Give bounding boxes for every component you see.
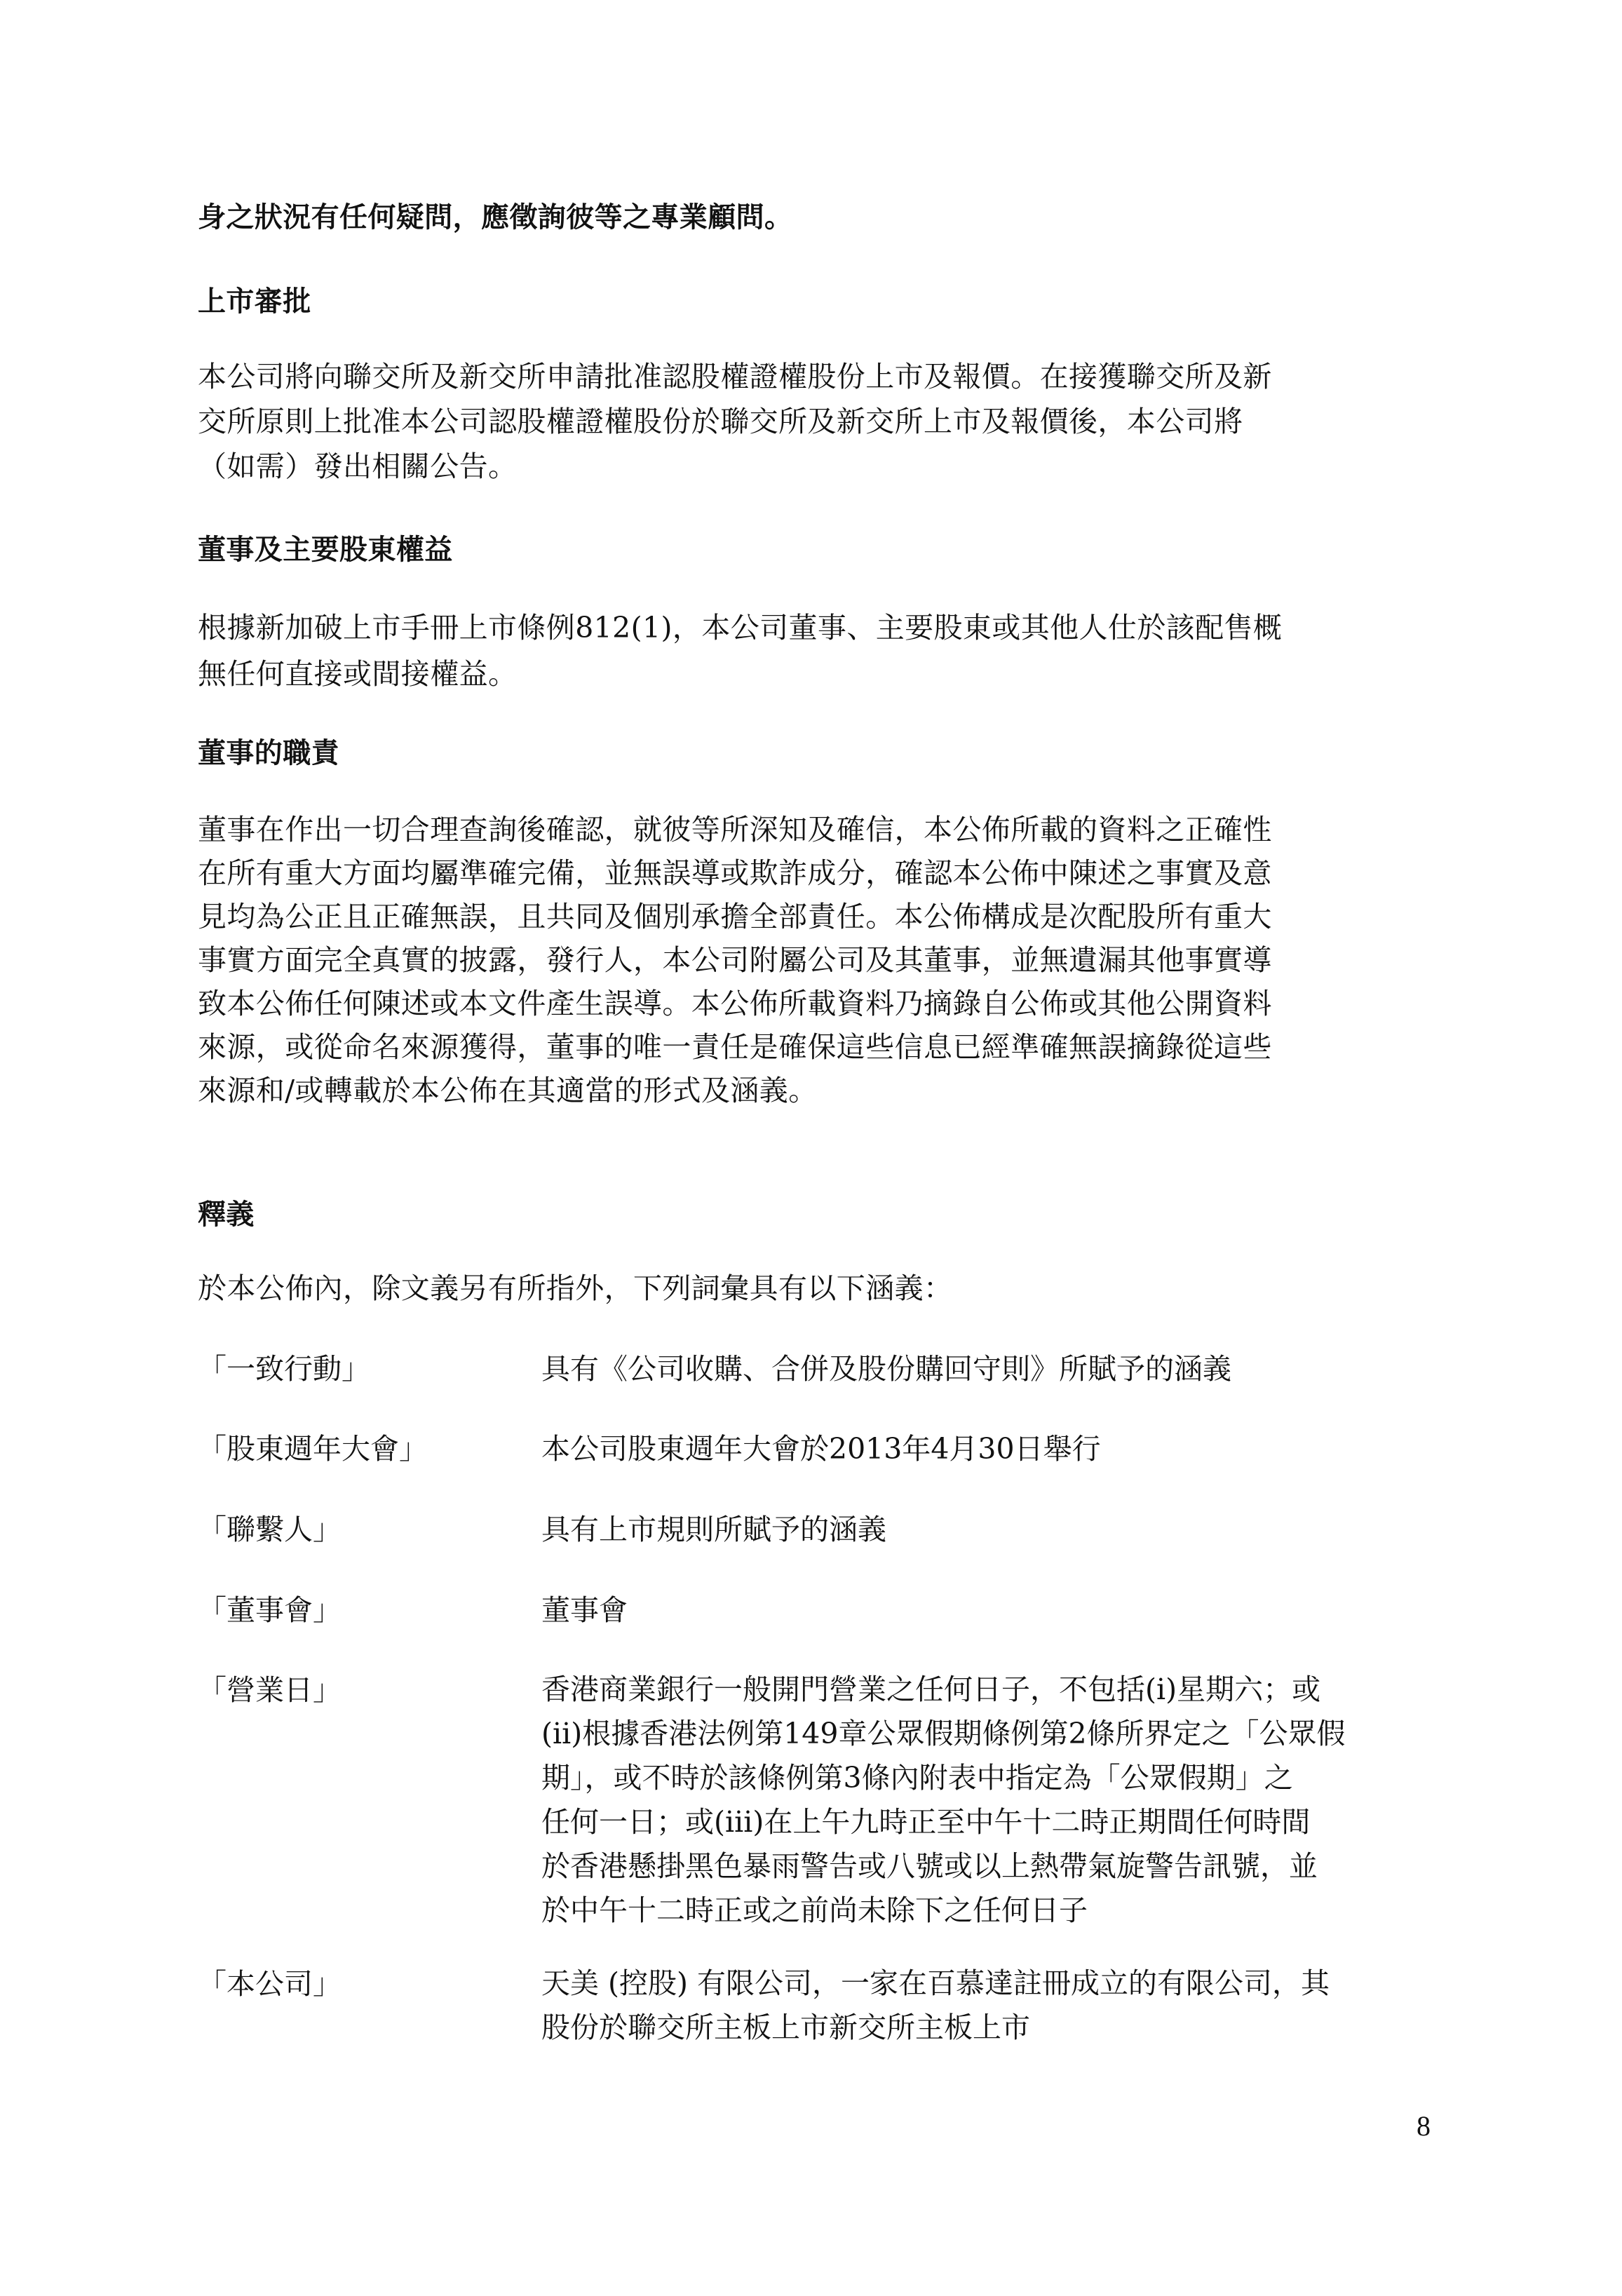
definition-line: 董事會: [541, 1588, 1431, 1633]
definition-term: 「股東週年大會」: [198, 1426, 520, 1472]
paragraph-line: 董事在作出一切合理查詢後確認，就彼等所深知及確信，本公佈所載的資料之正確性: [198, 808, 1432, 851]
definition-line: 香港商業銀行一般開門營業之任何日子，不包括(i)星期六；或: [541, 1668, 1431, 1712]
paragraph-line: 無任何直接或間接權益。: [198, 651, 1432, 697]
definition-line: 股份於聯交所主板上市新交所主板上市: [541, 2006, 1431, 2050]
paragraph-line: 見均為公正且正確無誤，且共同及個別承擔全部責任。本公佈構成是次配股所有重大: [198, 895, 1432, 938]
section-body-director-interests: 根據新加破上市手冊上市條例812(1)，本公司董事、主要股東或其他人仕於該配售概…: [198, 605, 1432, 697]
page-number: 8: [1410, 2105, 1438, 2147]
paragraph-line: 交所原則上批准本公司認股權證權股份於聯交所及新交所上市及報價後，本公司將: [198, 399, 1432, 444]
paragraph-line: 本公司將向聯交所及新交所申請批准認股權證權股份上市及報價。在接獲聯交所及新: [198, 354, 1432, 399]
section-body-listing-approval: 本公司將向聯交所及新交所申請批准認股權證權股份上市及報價。在接獲聯交所及新 交所…: [198, 354, 1432, 489]
definition-term: 「董事會」: [198, 1588, 520, 1633]
definition-line: 任何一日；或(iii)在上午九時正至中午十二時正期間任何時間: [541, 1800, 1431, 1844]
definition-line: 於香港懸掛黑色暴雨警告或八號或以上熱帶氣旋警告訊號，並: [541, 1844, 1431, 1889]
definition-term: 「本公司」: [198, 1961, 520, 2007]
definition-value: 香港商業銀行一般開門營業之任何日子，不包括(i)星期六；或 (ii)根據香港法例…: [541, 1668, 1431, 1933]
definition-value: 天美 (控股) 有限公司，一家在百慕達註冊成立的有限公司，其 股份於聯交所主板上…: [541, 1961, 1431, 2050]
definition-line: 本公司股東週年大會於2013年4月30日舉行: [541, 1426, 1431, 1471]
definition-line: (ii)根據香港法例第149章公眾假期條例第2條所界定之「公眾假: [541, 1712, 1431, 1756]
paragraph-line: 致本公佈任何陳述或本文件產生誤導。本公佈所載資料乃摘錄自公佈或其他公開資料: [198, 982, 1432, 1025]
section-body-director-responsibility: 董事在作出一切合理查詢後確認，就彼等所深知及確信，本公佈所載的資料之正確性 在所…: [198, 808, 1432, 1112]
section-heading-listing-approval: 上市審批: [198, 279, 1432, 325]
section-heading-director-responsibility: 董事的職責: [198, 731, 1432, 776]
definition-term: 「聯繫人」: [198, 1507, 520, 1553]
continuation-line: 身之狀況有任何疑問，應徵詢彼等之專業顧問。: [198, 195, 1432, 241]
section-heading-director-interests: 董事及主要股東權益: [198, 527, 1432, 573]
paragraph-line: 來源，或從命名來源獲得，董事的唯一責任是確保這些信息已經準確無誤摘錄從這些: [198, 1025, 1432, 1069]
paragraph-line: 來源和/或轉載於本公佈在其適當的形式及涵義。: [198, 1069, 1432, 1112]
definition-value: 本公司股東週年大會於2013年4月30日舉行: [541, 1426, 1431, 1471]
definitions-heading: 釋義: [198, 1192, 1432, 1238]
paragraph-line: 根據新加破上市手冊上市條例812(1)，本公司董事、主要股東或其他人仕於該配售概: [198, 605, 1432, 651]
paragraph-line: 事實方面完全真實的披露，發行人，本公司附屬公司及其董事，並無遺漏其他事實導: [198, 938, 1432, 982]
continuation-text: 身之狀況有任何疑問，應徵詢彼等之專業顧問。: [198, 195, 1432, 241]
definition-value: 董事會: [541, 1588, 1431, 1633]
definition-line: 期」，或不時於該條例第3條內附表中指定為「公眾假期」之: [541, 1756, 1431, 1800]
paragraph-line: 在所有重大方面均屬準確完備，並無誤導或欺詐成分，確認本公佈中陳述之事實及意: [198, 851, 1432, 895]
document-page: 身之狀況有任何疑問，應徵詢彼等之專業顧問。 上市審批 本公司將向聯交所及新交所申…: [0, 0, 1622, 2296]
definition-term: 「營業日」: [198, 1668, 520, 1713]
definition-value: 具有上市規則所賦予的涵義: [541, 1507, 1431, 1552]
paragraph-line: （如需）發出相關公告。: [198, 444, 1432, 489]
definition-line: 於中午十二時正或之前尚未除下之任何日子: [541, 1889, 1431, 1933]
definition-line: 具有《公司收購、合併及股份購回守則》所賦予的涵義: [541, 1346, 1431, 1391]
definition-term: 「一致行動」: [198, 1346, 520, 1392]
definition-line: 具有上市規則所賦予的涵義: [541, 1507, 1431, 1552]
definitions-intro: 於本公佈內，除文義另有所指外，下列詞彙具有以下涵義：: [198, 1266, 1432, 1311]
definition-line: 天美 (控股) 有限公司，一家在百慕達註冊成立的有限公司，其: [541, 1961, 1431, 2006]
definition-value: 具有《公司收購、合併及股份購回守則》所賦予的涵義: [541, 1346, 1431, 1391]
